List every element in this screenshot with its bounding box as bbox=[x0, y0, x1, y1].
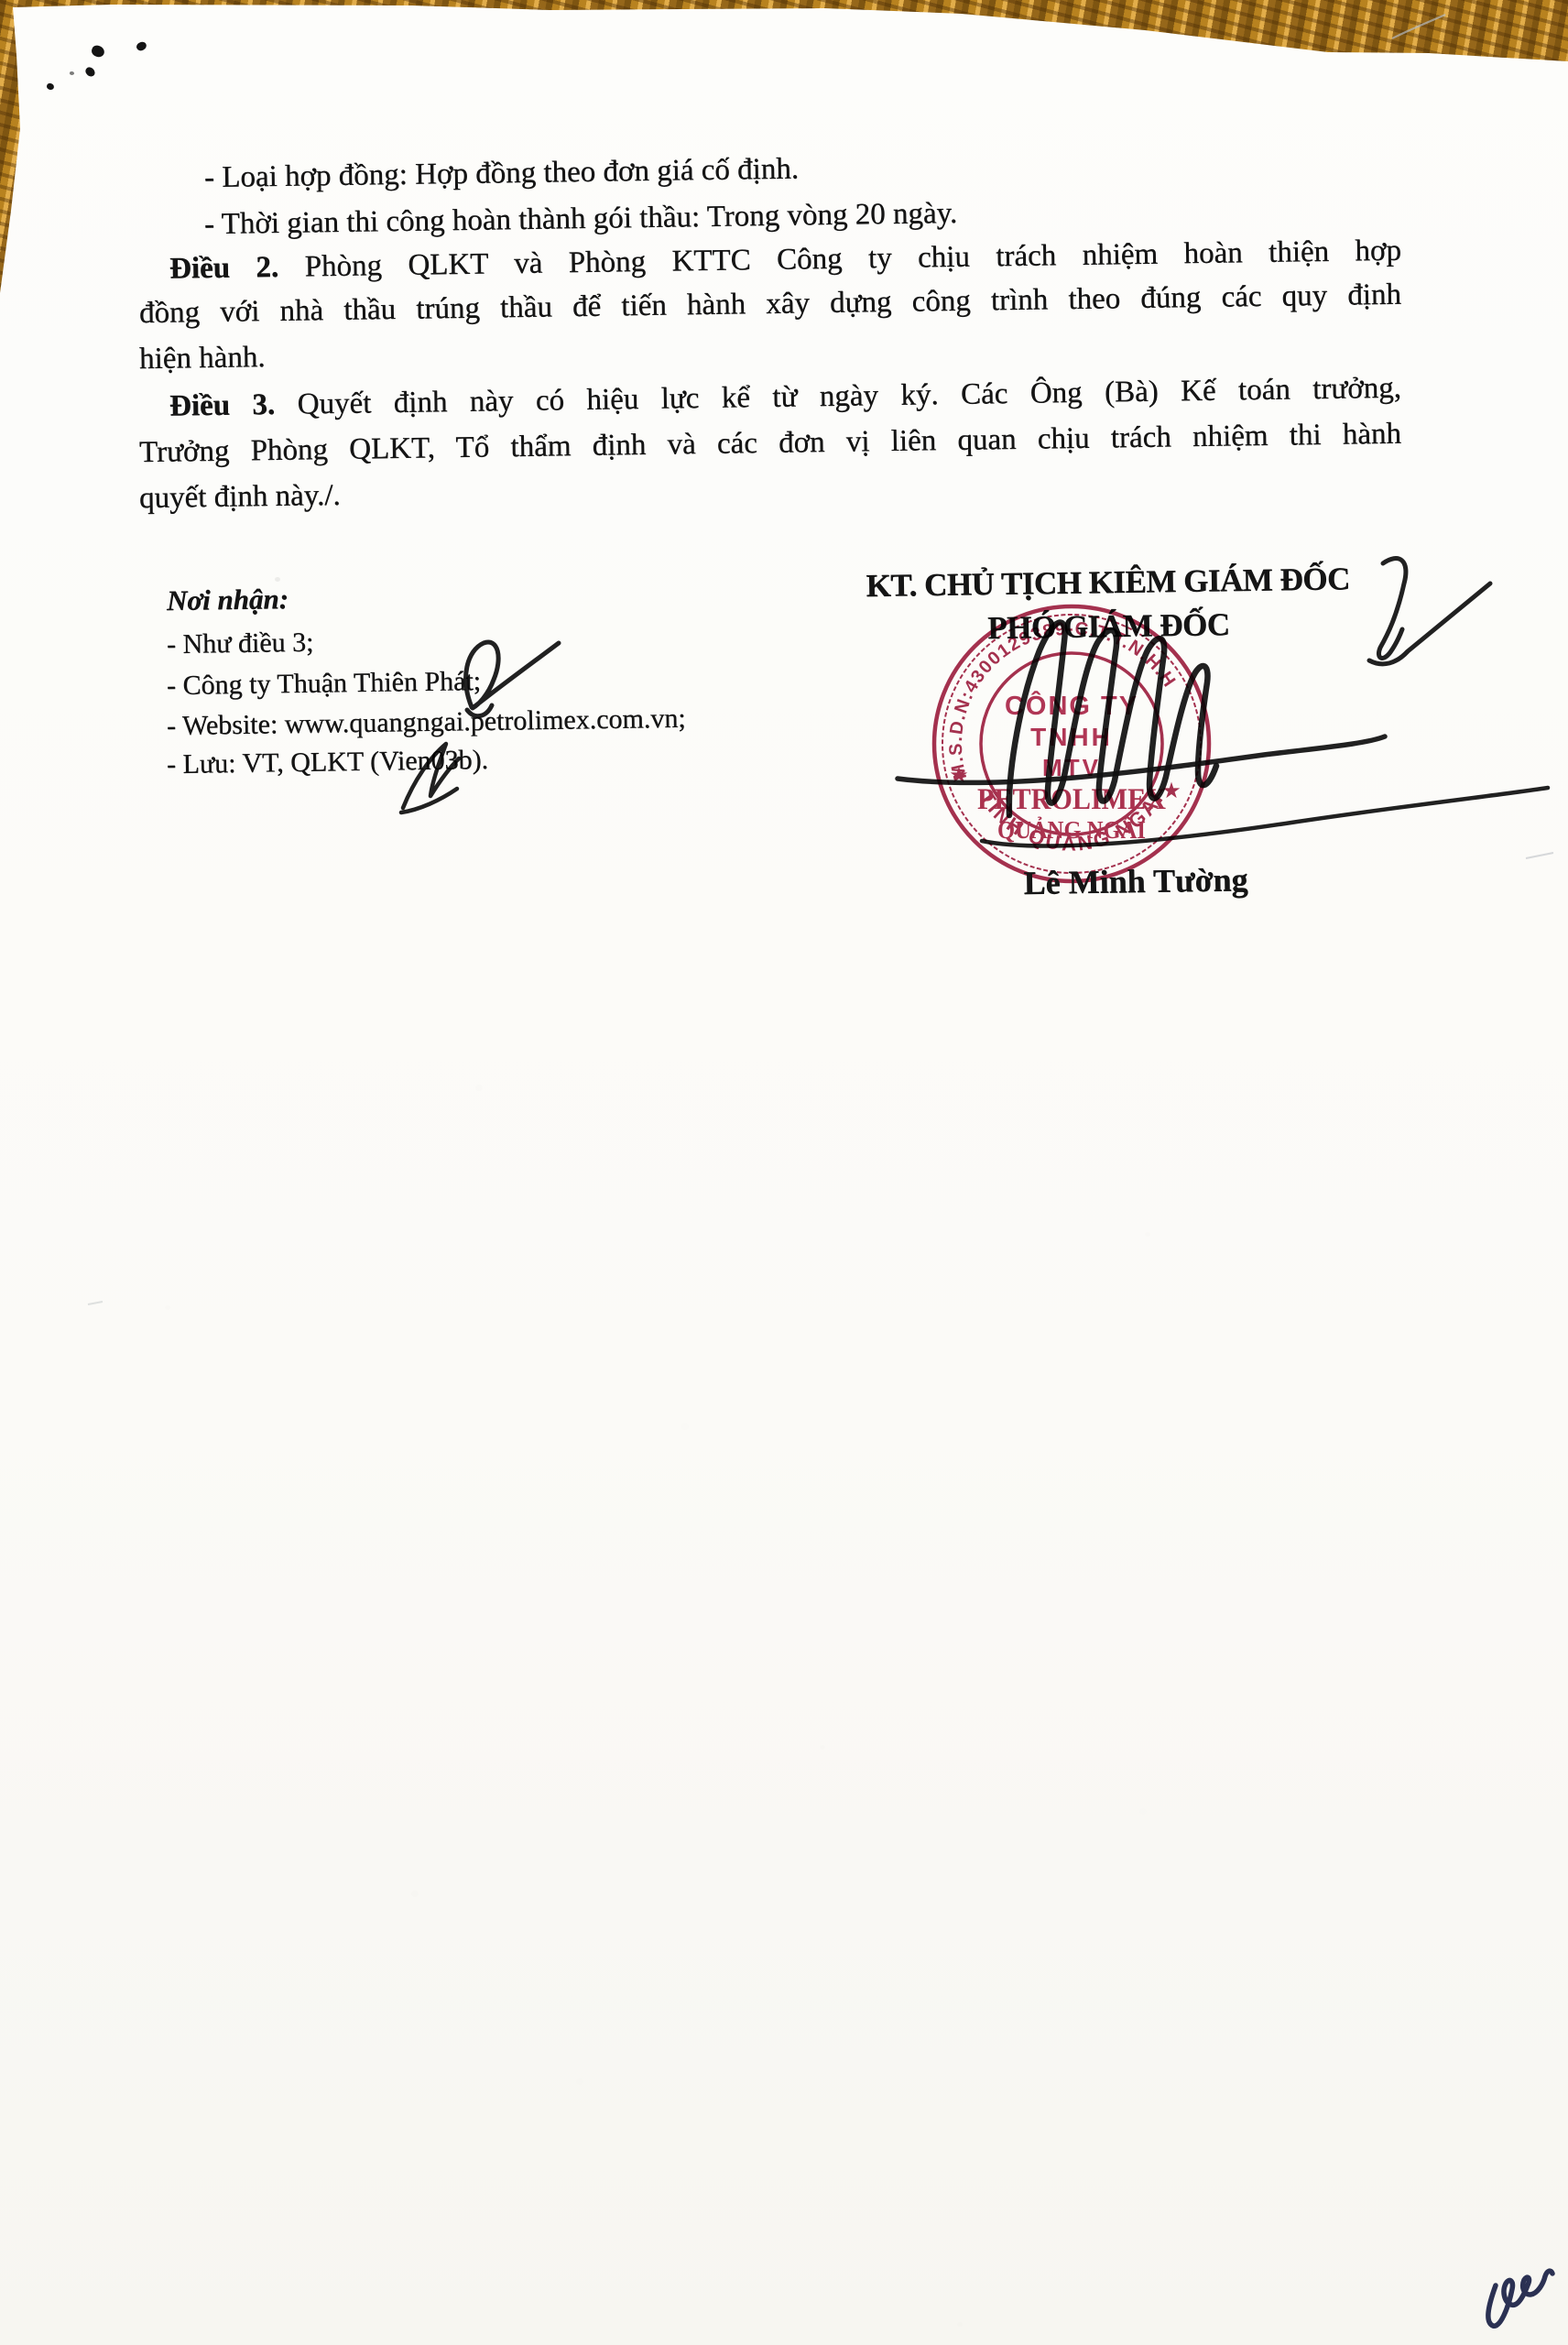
recipient-item: - Như điều 3; bbox=[167, 625, 314, 663]
signer-name: Lê Minh Tường bbox=[916, 858, 1356, 904]
initials-ink bbox=[376, 614, 586, 824]
recipients-heading: Nơi nhận: bbox=[167, 581, 289, 619]
scanned-decision-page: - Loại hợp đồng: Hợp đồng theo đơn giá c… bbox=[0, 0, 1568, 2345]
article-3-label: Điều 3. bbox=[169, 388, 276, 423]
paraph-ink bbox=[1470, 2249, 1568, 2345]
title-flourish-ink bbox=[1333, 545, 1516, 692]
article-2-label: Điều 2. bbox=[169, 251, 279, 286]
